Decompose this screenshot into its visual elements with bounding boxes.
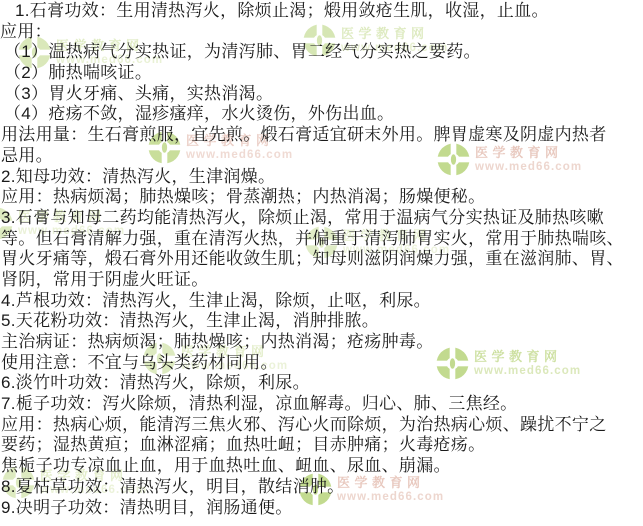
- document-lines: 1.石膏功效：生用清热泻火，除烦止渴；煅用敛疮生肌，收湿，止血。应用：（1）温热…: [0, 0, 643, 526]
- text-line: （3）胃火牙痛、头痛，实热消渴。: [0, 84, 643, 105]
- text-line: 使用注意：不宜与乌头类药材同用。: [0, 353, 643, 374]
- text-line: 焦栀子功专凉血止血，用于血热吐血、衄血、尿血、崩漏。: [0, 456, 643, 477]
- text-line: 主治病证：热病烦渴；肺热燥咳；内热消渴；疮疡肿毒。: [0, 332, 643, 353]
- text-line: 2.知母功效：清热泻火，生津润燥。: [0, 167, 643, 188]
- text-line: 应用：热病心烦，能清泻三焦火邪、泻心火而除烦，为治热病心烦、躁扰不宁之: [0, 415, 643, 436]
- text-line: 胃火牙痛等，煅石膏外用还能收敛生肌；知母则滋阴润燥力强，重在滋润肺、胃、: [0, 249, 643, 270]
- text-line: 1.石膏功效：生用清热泻火，除烦止渴；煅用敛疮生肌，收湿，止血。: [0, 1, 643, 22]
- text-line: （2）肺热喘咳证。: [0, 63, 643, 84]
- text-line: 6.淡竹叶功效：清热泻火，除烦，利尿。: [0, 373, 643, 394]
- text-line: 5.天花粉功效：清热泻火，生津止渴，消肿排脓。: [0, 311, 643, 332]
- text-line: 7.栀子功效：泻火除烦，清热利湿，凉血解毒。归心、肺、三焦经。: [0, 394, 643, 415]
- text-line: 等。但石膏清解力强，重在清泻火热，并偏重于清泻肺胃实火，常用于肺热喘咳、: [0, 229, 643, 250]
- text-line: 4.芦根功效：清热泻火，生津止渴，除烦，止呕，利尿。: [0, 291, 643, 312]
- text-line: 3.石膏与知母二药均能清热泻火，除烦止渴，常用于温病气分实热证及肺热咳嗽: [0, 208, 643, 229]
- text-line: 忌用。: [0, 146, 643, 167]
- text-line: （4）疮疡不敛，湿疹瘙痒，水火烫伤，外伤出血。: [0, 104, 643, 125]
- text-line: 应用：: [0, 22, 643, 43]
- text-line: （1）温热病气分实热证，为清泻肺、胃二经气分实热之要药。: [0, 42, 643, 63]
- text-line: 用法用量：生石膏煎服，宜先煎。煅石膏适宜研末外用。脾胃虚寒及阴虚内热者: [0, 125, 643, 146]
- document-page: 医学教育网 www.med66.com 医学教育网 www.med66.com …: [0, 0, 643, 526]
- text-line: 8.夏枯草功效：清热泻火，明目，散结消肿。: [0, 477, 643, 498]
- text-line: 要药；湿热黄疸；血淋涩痛；血热吐衄；目赤肿痛；火毒疮疡。: [0, 435, 643, 456]
- text-line: 应用：热病烦渴；肺热燥咳；骨蒸潮热；内热消渴；肠燥便秘。: [0, 187, 643, 208]
- text-line: 肾阴，常用于阴虚火旺证。: [0, 270, 643, 291]
- text-line: 9.决明子功效：清热明目，润肠通便。: [0, 498, 643, 519]
